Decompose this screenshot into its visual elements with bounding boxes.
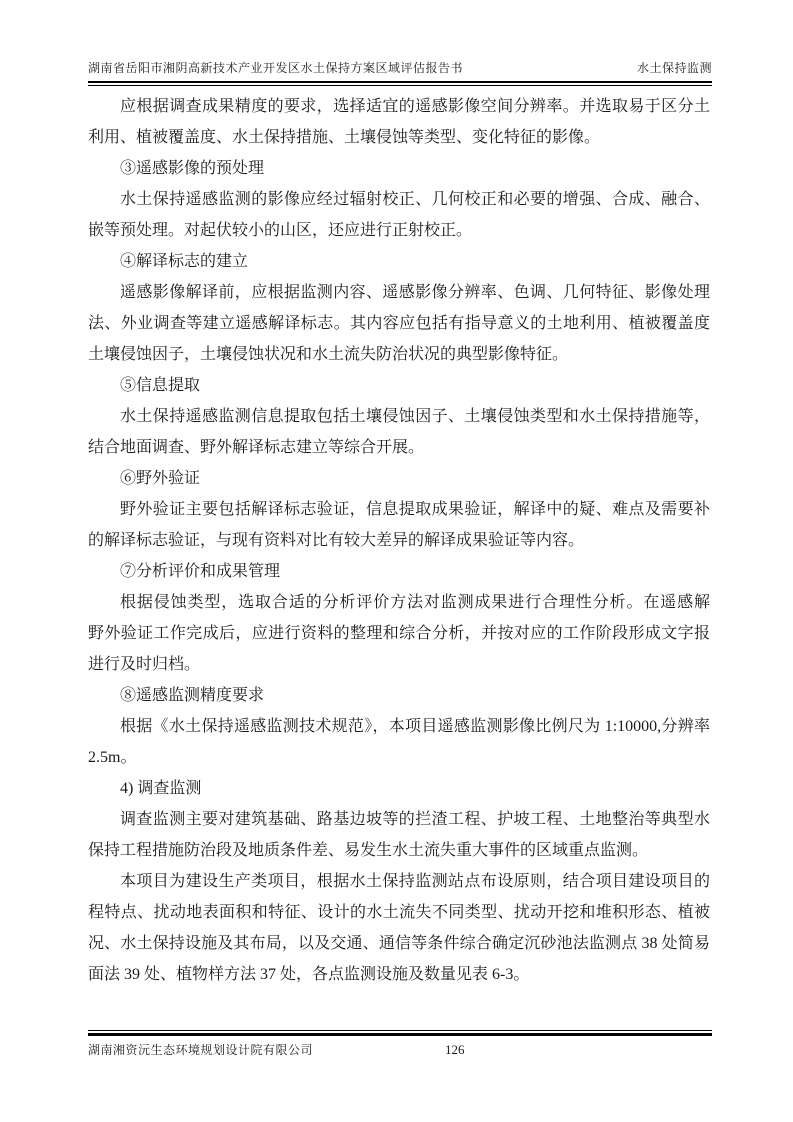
header-left-title: 湖南省岳阳市湘阴高新技术产业开发区水土保持方案区域评估报告书	[88, 60, 463, 76]
body-line: 4) 调查监测	[88, 773, 710, 804]
body-line: 野外验证工作完成后，应进行资料的整理和综合分析，并按对应的工作阶段形成文字报告，	[88, 618, 710, 649]
body-line: 况、水土保持设施及其布局，以及交通、通信等条件综合确定沉砂池法监测点 38 处简…	[88, 928, 710, 959]
body-line: 遥感影像解译前，应根据监测内容、遥感影像分辨率、色调、几何特征、影像处理方	[88, 277, 710, 308]
header-rule	[88, 81, 712, 86]
body-line: ⑥野外验证	[88, 463, 710, 494]
body-line: 调查监测主要对建筑基础、路基边坡等的拦渣工程、护坡工程、土地整治等典型水土	[88, 804, 710, 835]
body-line: 本项目为建设生产类项目，根据水土保持监测站点布设原则，结合项目建设项目的工	[88, 866, 710, 897]
body-line: ③遥感影像的预处理	[88, 153, 710, 184]
body-line: 2.5m。	[88, 742, 710, 773]
body-line: 法、外业调查等建立遥感解译标志。其内容应包括有指导意义的土地利用、植被覆盖度等	[88, 308, 710, 339]
body-line: 野外验证主要包括解译标志验证，信息提取成果验证，解译中的疑、难点及需要补充	[88, 494, 710, 525]
body-line: 嵌等预处理。对起伏较小的山区，还应进行正射校正。	[88, 215, 710, 246]
body-line: 面法 39 处、植物样方法 37 处，各点监测设施及数量见表 6-3。	[88, 959, 710, 990]
page-footer: 湖南湘资沅生态环境规划设计院有限公司 126	[88, 1030, 712, 1058]
document-page: 湖南省岳阳市湘阴高新技术产业开发区水土保持方案区域评估报告书 水土保持监测 应根…	[0, 0, 793, 1122]
body-line: 应根据调查成果精度的要求，选择适宜的遥感影像空间分辨率。并选取易于区分土地	[88, 91, 710, 122]
body-line: 根据侵蚀类型，选取合适的分析评价方法对监测成果进行合理性分析。在遥感解译、	[88, 587, 710, 618]
page-header: 湖南省岳阳市湘阴高新技术产业开发区水土保持方案区域评估报告书 水土保持监测	[88, 60, 712, 86]
body-line: 程特点、扰动地表面积和特征、设计的水土流失不同类型、扰动开挖和堆积形态、植被状	[88, 897, 710, 928]
body-line: ④解译标志的建立	[88, 246, 710, 277]
footer-page-number: 126	[445, 1042, 465, 1058]
body-line: 保持工程措施防治段及地质条件差、易发生水土流失重大事件的区域重点监测。	[88, 835, 710, 866]
body-line: 的解译标志验证，与现有资料对比有较大差异的解译成果验证等内容。	[88, 525, 710, 556]
body-line: 利用、植被覆盖度、水土保持措施、土壤侵蚀等类型、变化特征的影像。	[88, 122, 710, 153]
page-body: 应根据调查成果精度的要求，选择适宜的遥感影像空间分辨率。并选取易于区分土地利用、…	[88, 91, 710, 990]
footer-rule	[88, 1030, 712, 1036]
footer-company: 湖南湘资沅生态环境规划设计院有限公司	[88, 1043, 313, 1057]
body-line: 进行及时归档。	[88, 649, 710, 680]
body-line: 土壤侵蚀因子，土壤侵蚀状况和水土流失防治状况的典型影像特征。	[88, 339, 710, 370]
body-line: 水土保持遥感监测的影像应经过辐射校正、几何校正和必要的增强、合成、融合、镶	[88, 184, 710, 215]
body-line: 水土保持遥感监测信息提取包括土壤侵蚀因子、土壤侵蚀类型和水土保持措施等，可	[88, 401, 710, 432]
body-line: 结合地面调查、野外解译标志建立等综合开展。	[88, 432, 710, 463]
header-right-title: 水土保持监测	[637, 60, 712, 76]
body-line: 根据《水土保持遥感监测技术规范》，本项目遥感监测影像比例尺为 1:10000,分…	[88, 711, 710, 742]
body-line: ⑧遥感监测精度要求	[88, 680, 710, 711]
body-line: ⑤信息提取	[88, 370, 710, 401]
body-line: ⑦分析评价和成果管理	[88, 556, 710, 587]
